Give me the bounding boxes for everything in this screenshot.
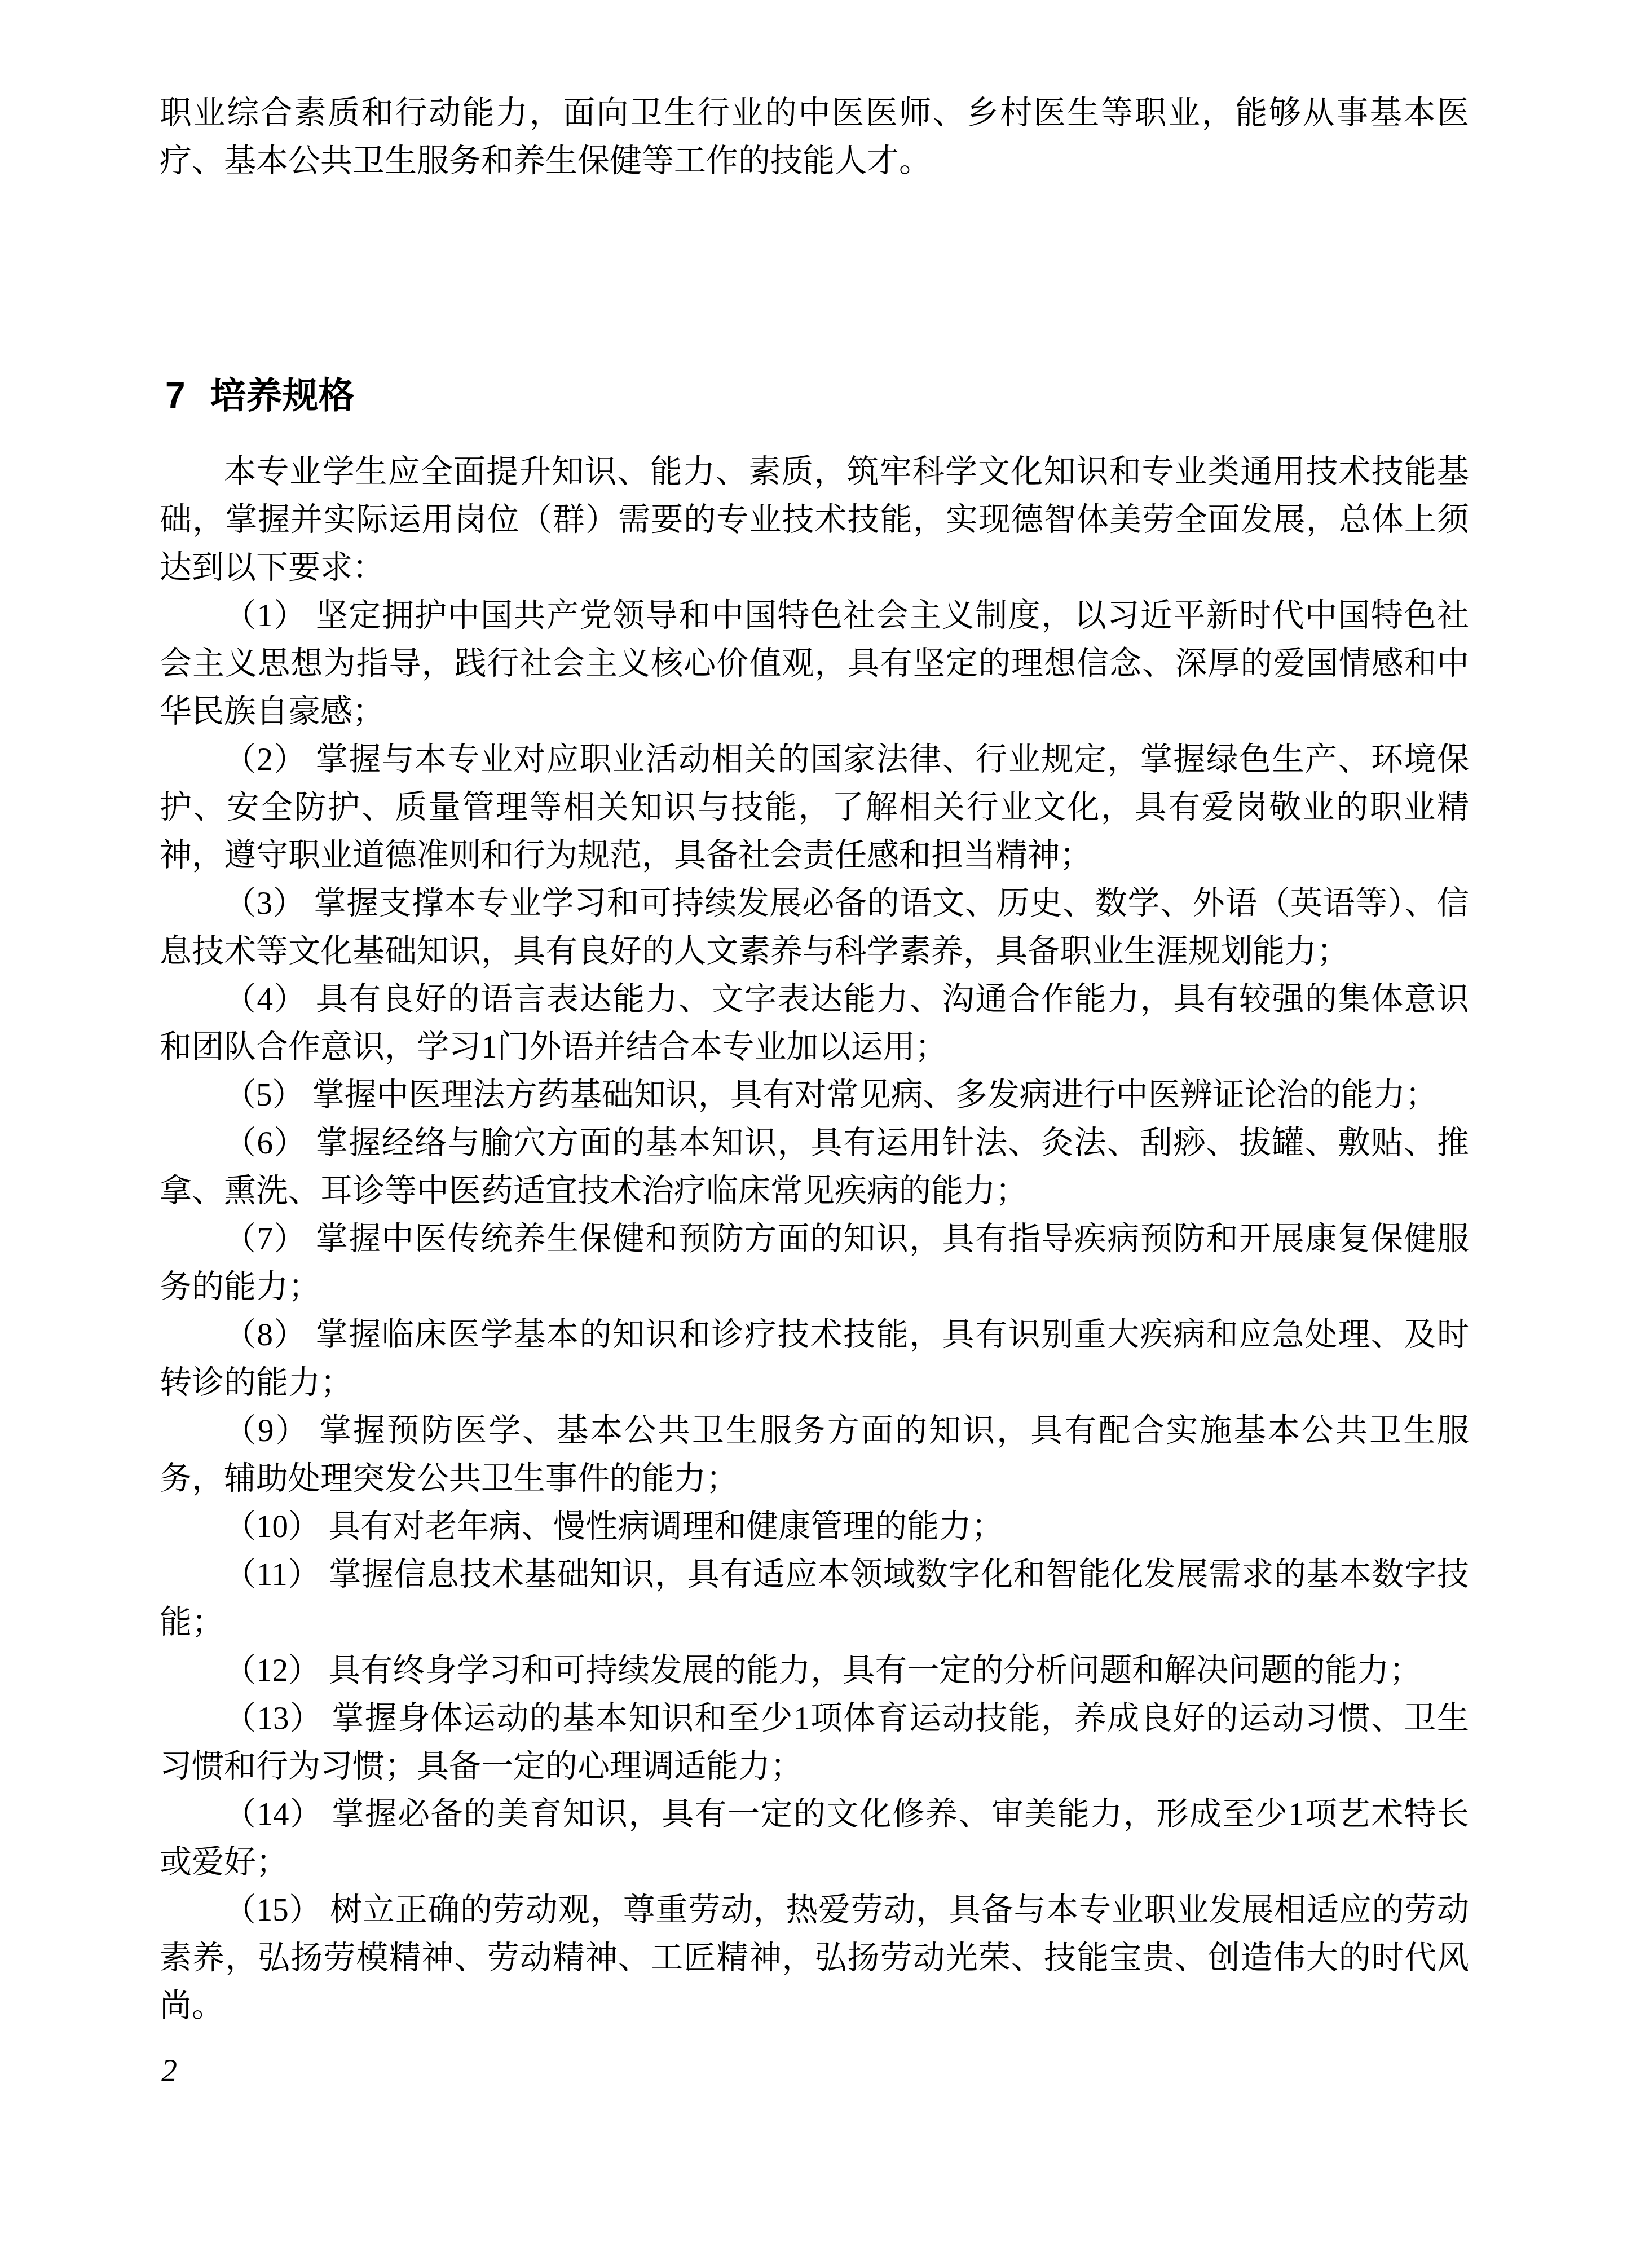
requirement-item-10: （10） 具有对老年病、慢性病调理和健康管理的能力； bbox=[160, 1503, 1469, 1551]
document-page: 职业综合素质和行动能力，面向卫生行业的中医医师、乡村医生等职业，能够从事基本医疗… bbox=[0, 0, 1627, 2268]
page-number: 2 bbox=[161, 2054, 177, 2088]
requirement-item-14: （14） 掌握必备的美育知识，具有一定的文化修养、审美能力，形成至少1项艺术特长… bbox=[160, 1790, 1469, 1886]
requirement-item-8: （8） 掌握临床医学基本的知识和诊疗技术技能，具有识别重大疾病和应急处理、及时转… bbox=[160, 1311, 1469, 1407]
requirement-item-4: （4） 具有良好的语言表达能力、文字表达能力、沟通合作能力，具有较强的集体意识和… bbox=[160, 975, 1469, 1071]
requirement-item-3: （3） 掌握支撑本专业学习和可持续发展必备的语文、历史、数学、外语（英语等）、信… bbox=[160, 879, 1469, 975]
requirement-item-12: （12） 具有终身学习和可持续发展的能力，具有一定的分析问题和解决问题的能力； bbox=[160, 1646, 1469, 1694]
continuation-paragraph: 职业综合素质和行动能力，面向卫生行业的中医医师、乡村医生等职业，能够从事基本医疗… bbox=[160, 89, 1469, 185]
requirement-item-15: （15） 树立正确的劳动观，尊重劳动，热爱劳动，具备与本专业职业发展相适应的劳动… bbox=[160, 1886, 1469, 2030]
section-intro-paragraph: 本专业学生应全面提升知识、能力、素质，筑牢科学文化知识和专业类通用技术技能基础，… bbox=[160, 448, 1469, 592]
requirement-item-5: （5） 掌握中医理法方药基础知识，具有对常见病、多发病进行中医辨证论治的能力； bbox=[160, 1071, 1469, 1119]
requirement-item-13: （13） 掌握身体运动的基本知识和至少1项体育运动技能，养成良好的运动习惯、卫生… bbox=[160, 1694, 1469, 1790]
requirement-item-1: （1） 坚定拥护中国共产党领导和中国特色社会主义制度，以习近平新时代中国特色社会… bbox=[160, 592, 1469, 736]
requirement-item-7: （7） 掌握中医传统养生保健和预防方面的知识，具有指导疾病预防和开展康复保健服务… bbox=[160, 1215, 1469, 1311]
requirement-item-9: （9） 掌握预防医学、基本公共卫生服务方面的知识，具有配合实施基本公共卫生服务，… bbox=[160, 1407, 1469, 1503]
requirement-item-11: （11） 掌握信息技术基础知识，具有适应本领域数字化和智能化发展需求的基本数字技… bbox=[160, 1551, 1469, 1646]
section-title: 培养规格 bbox=[210, 375, 355, 416]
section-number: 7 bbox=[165, 372, 186, 419]
page-content: 职业综合素质和行动能力，面向卫生行业的中医医师、乡村医生等职业，能够从事基本医疗… bbox=[160, 89, 1469, 2030]
section-heading: 7培养规格 bbox=[165, 372, 1469, 419]
requirement-item-6: （6） 掌握经络与腧穴方面的基本知识，具有运用针法、灸法、刮痧、拔罐、敷贴、推拿… bbox=[160, 1119, 1469, 1215]
requirement-item-2: （2） 掌握与本专业对应职业活动相关的国家法律、行业规定，掌握绿色生产、环境保护… bbox=[160, 736, 1469, 879]
